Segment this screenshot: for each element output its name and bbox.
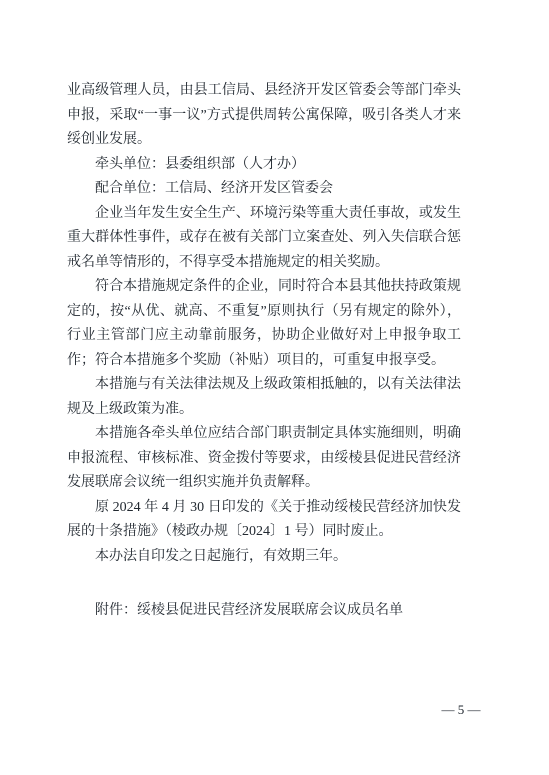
lead-unit-line: 牵头单位：县委组织部（人才办） bbox=[67, 153, 461, 178]
body-paragraph: 原 2024 年 4 月 30 日印发的《关于推动绥棱民营经济加快发展的十条措施… bbox=[67, 496, 461, 545]
attachment-line: 附件：绥棱县促进民营经济发展联席会议成员名单 bbox=[67, 599, 461, 624]
body-paragraph: 企业当年发生安全生产、环境污染等重大责任事故，或发生重大群体性事件，或存在被有关… bbox=[67, 202, 461, 276]
body-paragraph: 本措施各牵头单位应结合部门职责制定具体实施细则，明确申报流程、审核标准、资金拨付… bbox=[67, 422, 461, 496]
body-paragraph: 本措施与有关法律法规及上级政策相抵触的，以有关法律法规及上级政策为准。 bbox=[67, 373, 461, 422]
body-paragraph: 本办法自印发之日起施行，有效期三年。 bbox=[67, 545, 461, 570]
body-paragraph: 业高级管理人员，由县工信局、县经济开发区管委会等部门牵头申报，采取“一事一议”方… bbox=[67, 79, 461, 153]
document-page: 业高级管理人员，由县工信局、县经济开发区管委会等部门牵头申报，采取“一事一议”方… bbox=[0, 0, 549, 775]
body-text: 业高级管理人员，由县工信局、县经济开发区管委会等部门牵头申报，采取“一事一议”方… bbox=[67, 79, 461, 623]
body-paragraph: 符合本措施规定条件的企业，同时符合本县其他扶持政策规定的，按“从优、就高、不重复… bbox=[67, 275, 461, 373]
support-unit-line: 配合单位：工信局、经济开发区管委会 bbox=[67, 177, 461, 202]
page-number: — 5 — bbox=[431, 701, 491, 719]
